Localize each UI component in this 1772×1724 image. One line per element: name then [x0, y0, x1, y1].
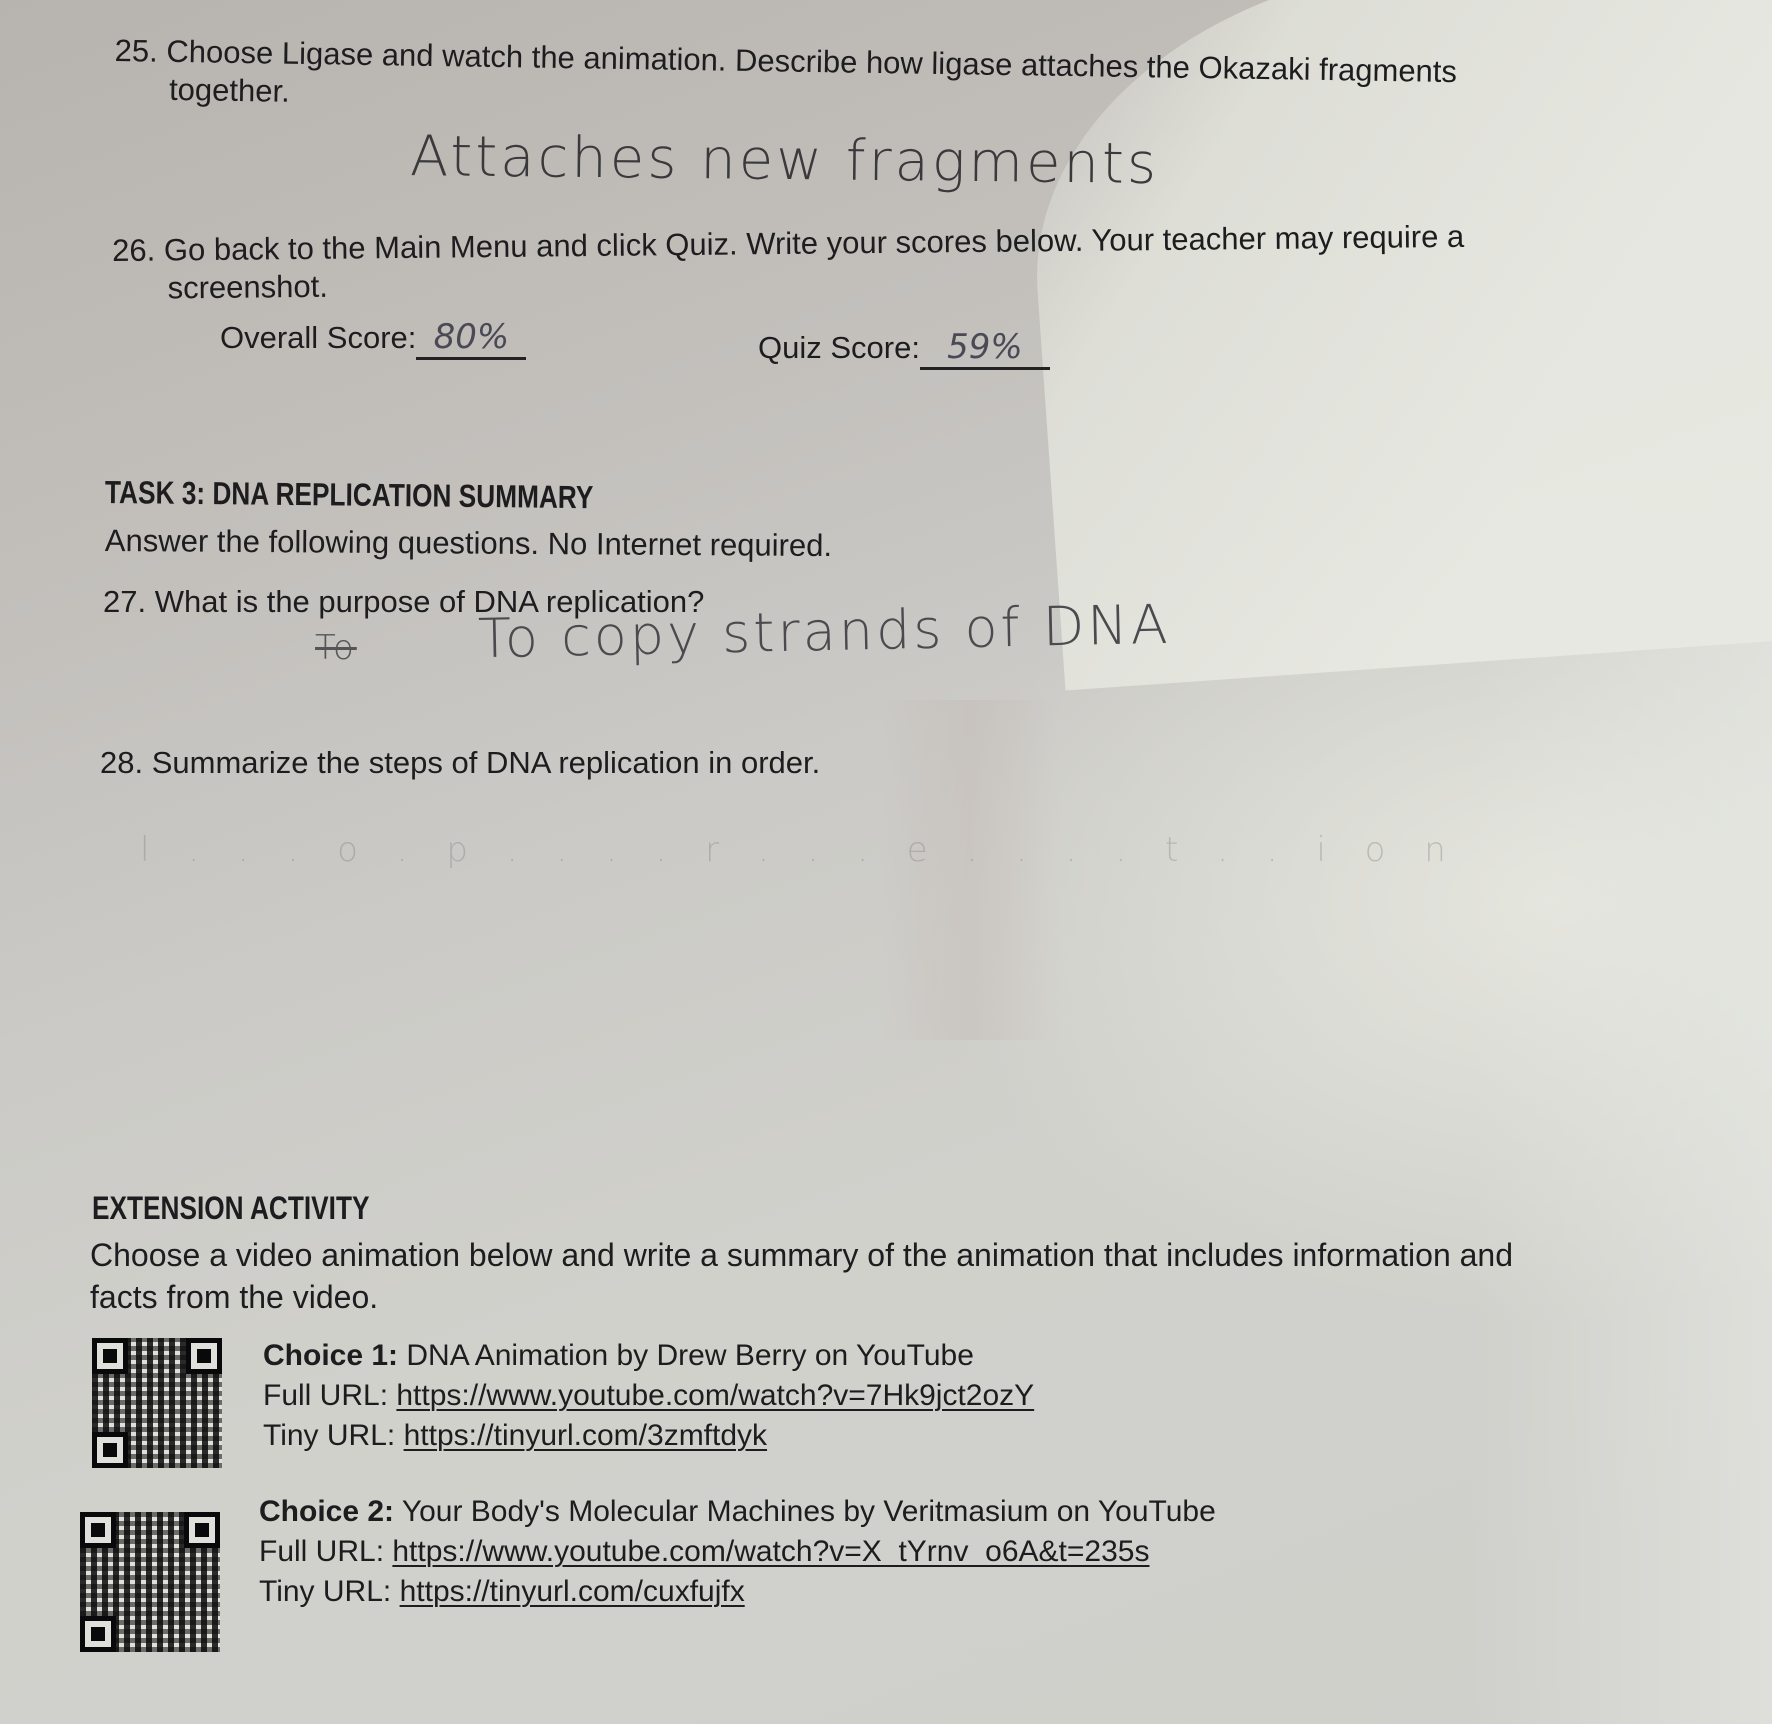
- qr-finder: [92, 1338, 128, 1374]
- question-number: 25.: [114, 32, 158, 71]
- choice-label: Choice 2:: [259, 1495, 394, 1528]
- task-3-instructions: Answer the following questions. No Inter…: [105, 522, 832, 565]
- qr-finder: [92, 1432, 128, 1468]
- question-25: 25. Choose Ligase and watch the animatio…: [114, 32, 1457, 129]
- qr-code-choice-2[interactable]: [80, 1512, 220, 1652]
- quiz-score-field: 59%: [920, 328, 1050, 370]
- qr-finder: [80, 1512, 116, 1548]
- question-number: 27.: [103, 583, 146, 621]
- overall-score-label: Overall Score:: [220, 320, 416, 355]
- answer-28-erased-marks: l . . . o . p . . . . r . . . e . . . . …: [140, 830, 1460, 870]
- answer-25-handwritten: Attaches new fragments: [410, 124, 1160, 197]
- extension-heading: EXTENSION ACTIVITY: [92, 1190, 369, 1227]
- task-3-heading: TASK 3: DNA REPLICATION SUMMARY: [105, 474, 594, 516]
- full-url-link[interactable]: https://www.youtube.com/watch?v=7Hk9jct2…: [396, 1379, 1034, 1412]
- choice-1: Choice 1: DNA Animation by Drew Berry on…: [263, 1336, 1034, 1456]
- question-28: 28. Summarize the steps of DNA replicati…: [100, 744, 820, 782]
- quiz-score-label: Quiz Score:: [758, 330, 920, 365]
- quiz-score-row: Quiz Score:59%: [758, 328, 1050, 370]
- qr-finder: [186, 1338, 222, 1374]
- full-url-label: Full URL:: [259, 1535, 384, 1568]
- choice-title: DNA Animation by Drew Berry on YouTube: [406, 1339, 974, 1372]
- extension-text-line1: Choose a video animation below and write…: [90, 1234, 1513, 1276]
- tiny-url-link[interactable]: https://tinyurl.com/3zmftdyk: [404, 1419, 767, 1452]
- extension-instructions: Choose a video animation below and write…: [90, 1234, 1513, 1318]
- full-url-link[interactable]: https://www.youtube.com/watch?v=X_tYrnv_…: [392, 1535, 1149, 1568]
- question-text: Summarize the steps of DNA replication i…: [152, 745, 821, 780]
- answer-27-struck-word: To: [315, 628, 357, 668]
- worksheet-page: 25. Choose Ligase and watch the animatio…: [0, 0, 1772, 1724]
- qr-code-choice-1[interactable]: [92, 1338, 222, 1468]
- choice-label: Choice 1:: [263, 1339, 398, 1372]
- tiny-url-label: Tiny URL:: [259, 1575, 391, 1608]
- qr-finder: [80, 1616, 116, 1652]
- overall-score-field: 80%: [416, 318, 526, 360]
- tiny-url-link[interactable]: https://tinyurl.com/cuxfujfx: [400, 1575, 745, 1608]
- question-number: 26.: [112, 232, 156, 270]
- choice-title: Your Body's Molecular Machines by Veritm…: [402, 1495, 1216, 1528]
- question-number: 28.: [100, 744, 143, 782]
- extension-text-line2: facts from the video.: [90, 1276, 1513, 1318]
- answer-27-handwritten: To copy strands of DNA: [477, 593, 1171, 670]
- qr-finder: [184, 1512, 220, 1548]
- quiz-score-value: 59%: [947, 327, 1023, 367]
- full-url-label: Full URL:: [263, 1379, 388, 1412]
- question-26: 26. Go back to the Main Menu and click Q…: [112, 218, 1465, 308]
- overall-score-value: 80%: [434, 317, 510, 357]
- choice-2: Choice 2: Your Body's Molecular Machines…: [259, 1492, 1216, 1612]
- overall-score-row: Overall Score:80%: [220, 318, 526, 360]
- tiny-url-label: Tiny URL:: [263, 1419, 395, 1452]
